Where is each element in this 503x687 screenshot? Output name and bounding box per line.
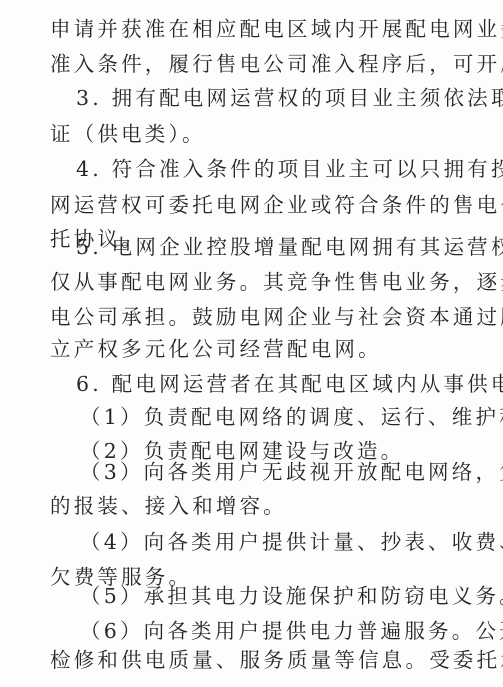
text-line: 电公司承担。鼓励电网企业与社会资本通过股权合作等方式成 [50, 300, 482, 335]
clause-4-line: 4. 符合准入条件的项目业主可以只拥有投资收益权，配电 [76, 152, 503, 187]
document-page: 申请并获准在相应配电区域内开展配电网业务。符合售电公司 准入条件，履行售电公司准… [0, 0, 503, 687]
sub-item-3-line: （3）向各类用户无歧视开放配电网络，负责用户用电设备 [80, 455, 503, 490]
text-line: 准入条件，履行售电公司准入程序后，可开展售电业务。 [50, 47, 482, 82]
sub-item-1-line: （1）负责配电网络的调度、运行、维护和故障消除。 [80, 400, 503, 435]
text-line: 检修和供电质量、服务质量等信息。受委托承担电力统计工作。 [50, 643, 482, 678]
clause-5-line: 5. 电网企业控股增量配电网拥有其运营权，在配电区域内 [76, 230, 503, 265]
text-line: 申请并获准在相应配电区域内开展配电网业务。符合售电公司 [50, 12, 482, 47]
sub-item-4-line: （4）向各类用户提供计量、抄表、收费、开具发票和催缴 [80, 525, 503, 560]
text-line: 立产权多元化公司经营配电网。 [50, 332, 482, 367]
sub-item-5-line: （5）承担其电力设施保护和防窃电义务。 [80, 579, 503, 614]
text-line: 网运营权可委托电网企业或符合条件的售电公司，自主签订委 [50, 188, 482, 223]
clause-3-line: 3. 拥有配电网运营权的项目业主须依法取得电力业务许可 [76, 81, 503, 116]
text-line: 的报装、接入和增容。 [50, 489, 482, 524]
text-line: 证（供电类）。 [50, 117, 482, 152]
text-line: 仅从事配电网业务。其竞争性售电业务，逐步实现由独立的售 [50, 265, 482, 300]
clause-6-line: 6. 配电网运营者在其配电区域内从事供电服务，包括： [76, 367, 503, 402]
